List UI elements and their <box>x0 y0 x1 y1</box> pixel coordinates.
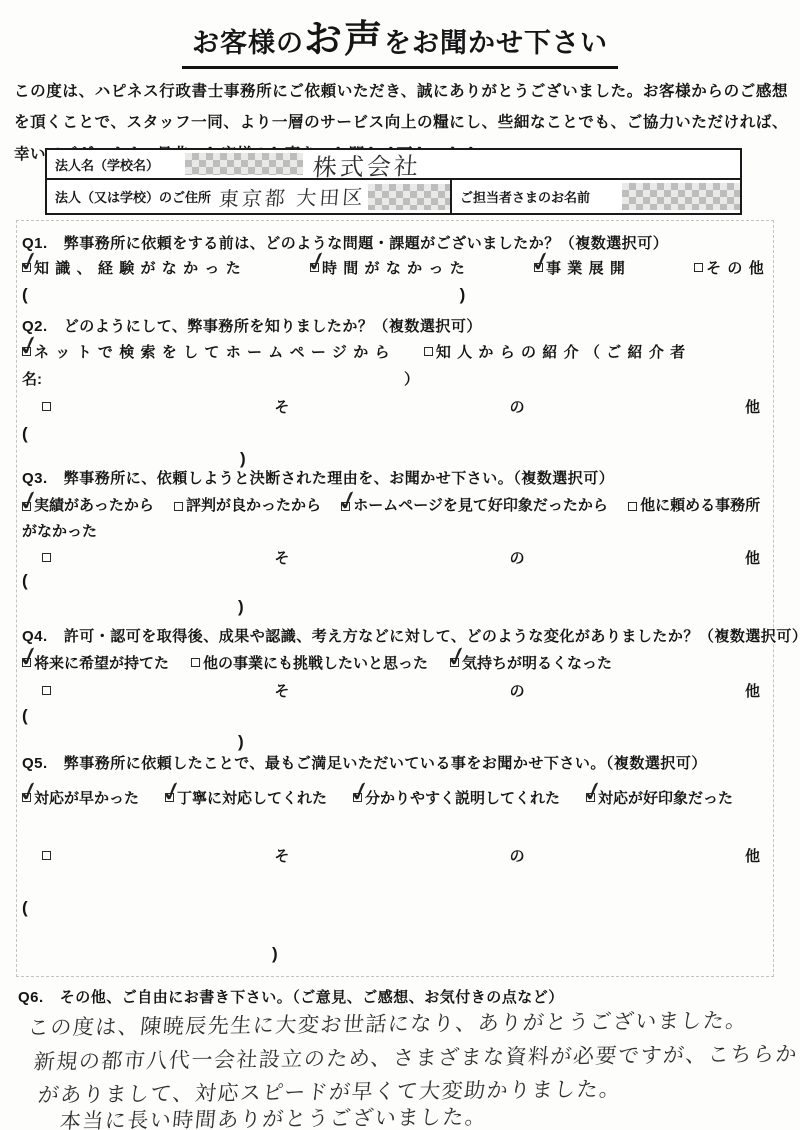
handwritten-address: 東京都 大田区 <box>218 181 367 212</box>
option-label: 気持ちが明るくなった <box>462 652 612 673</box>
close-paren: ) <box>272 944 278 964</box>
checkbox-icon: ✓ <box>22 263 31 272</box>
q1-text: 弊事務所に依頼をする前は、どのような問題・課題がございましたか？（複数選択可） <box>64 235 669 252</box>
q5-number: Q5. <box>22 755 48 772</box>
q2-option-web-search[interactable]: ✓ネットで検索をしてホームページから <box>22 341 396 362</box>
option-label: ホームページを見て好印象だったから <box>353 497 608 514</box>
checkbox-icon <box>42 851 51 860</box>
q2-options: ✓ネットで検索をしてホームページから 知人からの紹介（ご紹介者 <box>22 341 691 362</box>
q5-option-fast-response[interactable]: ✓対応が早かった <box>22 787 139 808</box>
checkbox-icon <box>42 553 51 562</box>
q4-heading: Q4.許可・認可を取得後、成果や認識、考え方などに対して、どのような変化がありま… <box>22 625 800 646</box>
other-char: 他 <box>745 396 760 417</box>
option-label: 丁寧に対応してくれた <box>177 787 327 808</box>
checkbox-icon <box>174 502 183 511</box>
option-label: 対応が好印象だった <box>598 787 733 808</box>
contact-cell: ご担当者さまのお名前 <box>450 180 740 213</box>
q1-option-no-knowledge[interactable]: ✓知識、経験がなかった <box>22 257 247 278</box>
q2-option-referral[interactable]: 知人からの紹介（ご紹介者 <box>424 341 692 362</box>
other-char: 他 <box>745 680 760 701</box>
checkbox-icon: ✓ <box>165 793 174 802</box>
q4-text: 許可・認可を取得後、成果や認識、考え方などに対して、どのような変化がありましたか… <box>64 628 800 645</box>
other-char: そ <box>274 547 289 568</box>
title-part-2: お声 <box>304 19 384 61</box>
q5-text: 弊事務所に依頼したことで、最もご満足いただいている事をお聞かせ下さい。（複数選択… <box>64 755 707 772</box>
q2-heading: Q2.どのようにして、弊事務所を知りましたか？（複数選択可） <box>22 315 482 336</box>
q3-text: 弊事務所に、依頼しようと決断された理由を、お聞かせ下さい。（複数選択可） <box>64 470 615 487</box>
close-paren: ) <box>238 732 244 752</box>
q4-option-brighter-mood[interactable]: ✓気持ちが明るくなった <box>450 652 612 673</box>
other-char: の <box>510 845 525 866</box>
q2-text: どのようにして、弊事務所を知りましたか？（複数選択可） <box>64 318 482 335</box>
q4-options: ✓将来に希望が持てた 他の事業にも挑戦したいと思った ✓気持ちが明るくなった <box>22 652 612 673</box>
option-label: 対応が早かった <box>34 787 139 808</box>
q3-number: Q3. <box>22 470 48 487</box>
q3-option-homepage-impression[interactable]: ✓ホームページを見て好印象だったから <box>341 497 608 514</box>
redacted-contact-name <box>622 183 740 210</box>
checkbox-icon <box>694 263 703 272</box>
title-part-3: をお聞かせ下さい <box>384 28 608 58</box>
checkbox-icon: ✓ <box>341 502 350 511</box>
q6-heading: Q6.その他、ご自由にお書き下さい。（ご意見、ご感想、お気付きの点など） <box>18 986 564 1007</box>
q5-options: ✓対応が早かった ✓丁寧に対応してくれた ✓分かりやすく説明してくれた ✓対応が… <box>22 787 733 808</box>
q4-number: Q4. <box>22 628 48 645</box>
close-paren: ) <box>460 285 466 304</box>
option-label: 時間がなかった <box>322 257 471 278</box>
q3-heading: Q3.弊事務所に、依頼しようと決断された理由を、お聞かせ下さい。（複数選択可） <box>22 467 614 488</box>
q3-options: ✓実績があったから 評判が良かったから ✓ホームページを見て好印象だったから 他… <box>22 493 766 545</box>
title-part-1: お客様の <box>192 28 304 58</box>
other-char: そ <box>274 680 289 701</box>
close-paren-full: ） <box>404 371 419 388</box>
open-paren: ( <box>22 571 28 591</box>
checkbox-icon: ✓ <box>22 502 31 511</box>
q1-option-other[interactable]: その他 <box>694 257 770 278</box>
checkbox-icon <box>424 347 433 356</box>
q6-text: その他、ご自由にお書き下さい。（ご意見、ご感想、お気付きの点など） <box>60 989 564 1006</box>
q5-option-clear-explanation[interactable]: ✓分かりやすく説明してくれた <box>353 787 560 808</box>
q1-options: ✓知識、経験がなかった ✓時間がなかった ✓事業展開 その他 <box>22 257 770 278</box>
handwritten-comment-line-1: この度は、陳暁辰先生に大変お世話になり、ありがとうございました。 <box>27 1004 750 1042</box>
client-info-table: 法人名（学校名） 株式会社 法人（又は学校）のご住所 東京都 大田区 ご担当者さ… <box>45 148 742 215</box>
option-label: ネットで検索をしてホームページから <box>34 341 396 362</box>
close-paren: ) <box>240 449 246 469</box>
checkbox-icon: ✓ <box>586 793 595 802</box>
option-label: 分かりやすく説明してくれた <box>365 787 560 808</box>
option-label: 評判が良かったから <box>186 497 321 514</box>
q4-option-new-challenges[interactable]: 他の事業にも挑戦したいと思った <box>191 652 428 673</box>
checkbox-icon: ✓ <box>22 793 31 802</box>
contact-label: ご担当者さまのお名前 <box>452 187 596 206</box>
checkbox-icon: ✓ <box>22 658 31 667</box>
q1-heading: Q1.弊事務所に依頼をする前は、どのような問題・課題がございましたか？（複数選択… <box>22 232 668 253</box>
checkbox-icon: ✓ <box>310 263 319 272</box>
handwritten-comment-line-4: 本当に長い時間ありがとうございました。 <box>59 1101 489 1130</box>
q4-option-hope-for-future[interactable]: ✓将来に希望が持てた <box>22 652 169 673</box>
q2-other-option[interactable]: その他 <box>22 396 766 417</box>
open-paren: ( <box>22 706 28 726</box>
option-label: 将来に希望が持てた <box>34 652 169 673</box>
q5-heading: Q5.弊事務所に依頼したことで、最もご満足いただいている事をお聞かせ下さい。（複… <box>22 752 707 773</box>
q2-number: Q2. <box>22 318 48 335</box>
option-label: 知識、経験がなかった <box>34 257 247 278</box>
other-char: そ <box>274 845 289 866</box>
other-char: 他 <box>745 845 760 866</box>
q3-option-good-reputation[interactable]: 評判が良かったから <box>174 497 321 514</box>
other-char: の <box>510 680 525 701</box>
option-label: 実績があったから <box>34 497 154 514</box>
q2-referrer-line: 名:） <box>22 368 419 389</box>
option-label: 他の事業にも挑戦したいと思った <box>203 652 428 673</box>
checkbox-icon <box>191 658 200 667</box>
other-char: の <box>510 396 525 417</box>
open-paren: ( <box>22 285 28 304</box>
checkbox-icon: ✓ <box>22 347 31 356</box>
option-label: 知人からの紹介（ご紹介者 <box>436 341 692 362</box>
checkbox-icon: ✓ <box>534 263 543 272</box>
q3-option-track-record[interactable]: ✓実績があったから <box>22 497 154 514</box>
open-paren: ( <box>22 898 28 918</box>
open-paren: ( <box>22 424 28 444</box>
other-char: の <box>510 547 525 568</box>
checkbox-icon <box>628 502 637 511</box>
option-label: 事業展開 <box>546 257 631 278</box>
q5-option-good-impression[interactable]: ✓対応が好印象だった <box>586 787 733 808</box>
q1-free-answer-area: () <box>22 285 465 305</box>
handwritten-comment-line-2: 新規の都市八代一会社設立のため、さまざまな資料が必要ですが、こちらからいろんな質… <box>33 1036 800 1076</box>
other-char: 他 <box>745 547 760 568</box>
checkbox-icon <box>42 686 51 695</box>
referrer-name-label: 名: <box>22 371 42 388</box>
q5-other-option[interactable]: その他 <box>22 845 766 866</box>
corp-name-row: 法人名（学校名） 株式会社 <box>47 150 740 180</box>
other-char: そ <box>274 396 289 417</box>
corp-name-label: 法人名（学校名） <box>47 155 165 174</box>
redacted-address <box>368 184 450 210</box>
address-label: 法人（又は学校）のご住所 <box>47 187 217 206</box>
address-contact-row: 法人（又は学校）のご住所 東京都 大田区 ご担当者さまのお名前 <box>47 180 740 213</box>
q1-option-no-time[interactable]: ✓時間がなかった <box>310 257 471 278</box>
form-title-underlined: お客様のお声をお聞かせ下さい <box>182 8 618 69</box>
checkbox-icon: ✓ <box>450 658 459 667</box>
form-title: お客様のお声をお聞かせ下さい <box>0 8 800 69</box>
q5-option-polite-response[interactable]: ✓丁寧に対応してくれた <box>165 787 327 808</box>
checkbox-icon <box>42 402 51 411</box>
q1-number: Q1. <box>22 235 48 252</box>
q1-option-business-expansion[interactable]: ✓事業展開 <box>534 257 631 278</box>
q3-other-option[interactable]: その他 <box>22 547 766 568</box>
q6-number: Q6. <box>18 989 44 1006</box>
checkbox-icon: ✓ <box>353 793 362 802</box>
scanned-feedback-form: お客様のお声をお聞かせ下さい この度は、ハピネス行政書士事務所にご依頼いただき、… <box>0 0 800 1130</box>
close-paren: ) <box>238 597 244 617</box>
q4-other-option[interactable]: その他 <box>22 680 766 701</box>
handwritten-corp-suffix: 株式会社 <box>312 146 423 183</box>
redacted-company-name <box>185 153 303 175</box>
option-label: その他 <box>706 257 770 278</box>
